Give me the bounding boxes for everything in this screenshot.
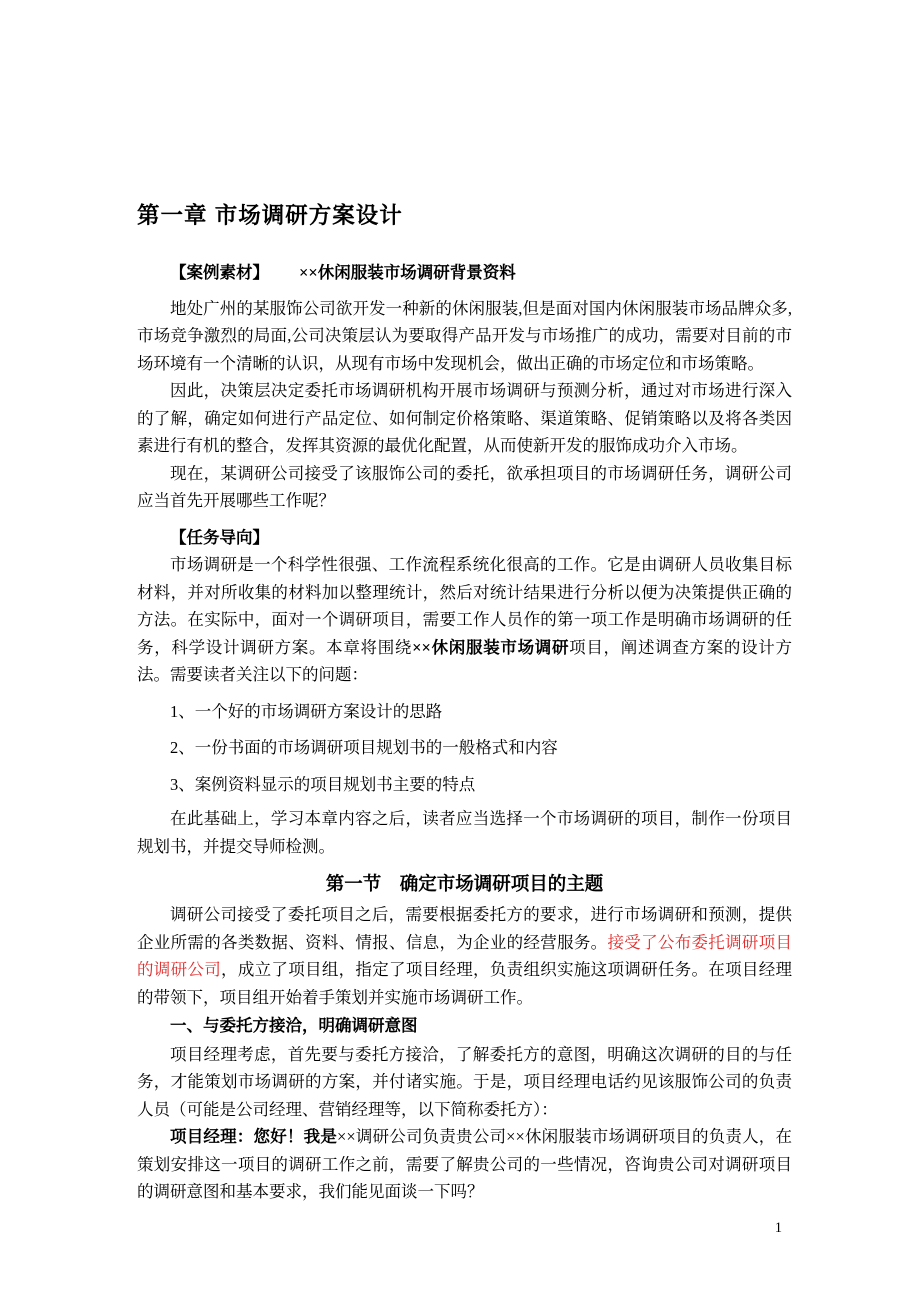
page-number: 1 xyxy=(775,1220,782,1236)
document-content: 第一章 市场调研方案设计 【案例素材】××休闲服装市场调研背景资料 地处广州的某… xyxy=(137,200,792,1206)
question-item-1: 1、一个好的市场调研方案设计的思路 xyxy=(137,698,792,726)
task-guide-label: 【任务导向】 xyxy=(137,524,792,552)
task-guide-intro: 市场调研是一个科学性很强、工作流程系统化很高的工作。它是由调研人员收集目标材料，… xyxy=(137,551,792,689)
section-1-paragraph-tail: ，成立了项目组，指定了项目经理，负责组织实施这项调研任务。在项目经理的带领下，项… xyxy=(137,960,792,1007)
task-guide-summary: 在此基础上，学习本章内容之后，读者应当选择一个市场调研的项目，制作一份项目规划书… xyxy=(137,805,792,860)
dialog-paragraph: 项目经理：您好！我是××调研公司负责贵公司××休闲服装市场调研项目的负责人，在策… xyxy=(137,1123,792,1206)
section-1-heading: 第一节 确定市场调研项目的主题 xyxy=(137,868,792,899)
section-1-paragraph-2: 项目经理考虑，首先要与委托方接洽，了解委托方的意图，明确这次调研的目的与任务，才… xyxy=(137,1041,792,1124)
question-item-2: 2、一份书面的市场调研项目规划书的一般格式和内容 xyxy=(137,734,792,762)
background-paragraph-2: 因此，决策层决定委托市场调研机构开展市场调研与预测分析，通过对市场进行深入的了解… xyxy=(137,377,792,460)
dialog-speaker: 项目经理：您好！我是 xyxy=(170,1127,337,1146)
case-material-title: ××休闲服装市场调研背景资料 xyxy=(299,263,516,282)
background-paragraph-3: 现在，某调研公司接受了该服饰公司的委托，欲承担项目的市场调研任务，调研公司应当首… xyxy=(137,460,792,515)
subsection-1-heading: 一、与委托方接洽，明确调研意图 xyxy=(137,1013,792,1041)
question-item-3: 3、案例资料显示的项目规划书主要的特点 xyxy=(137,771,792,799)
task-guide-intro-project-name: ××休闲服装市场调研 xyxy=(412,638,569,657)
case-material-label: 【案例素材】 xyxy=(170,263,269,282)
background-paragraph-1: 地处广州的某服饰公司欲开发一种新的休闲服装,但是面对国内休闲服装市场品牌众多,市… xyxy=(137,295,792,378)
chapter-title: 第一章 市场调研方案设计 xyxy=(137,200,792,231)
document-page: 第一章 市场调研方案设计 【案例素材】××休闲服装市场调研背景资料 地处广州的某… xyxy=(0,0,920,1302)
section-1-paragraph: 调研公司接受了委托项目之后，需要根据委托方的要求，进行市场调研和预测，提供企业所… xyxy=(137,901,792,1011)
case-material-heading: 【案例素材】××休闲服装市场调研背景资料 xyxy=(137,259,792,287)
